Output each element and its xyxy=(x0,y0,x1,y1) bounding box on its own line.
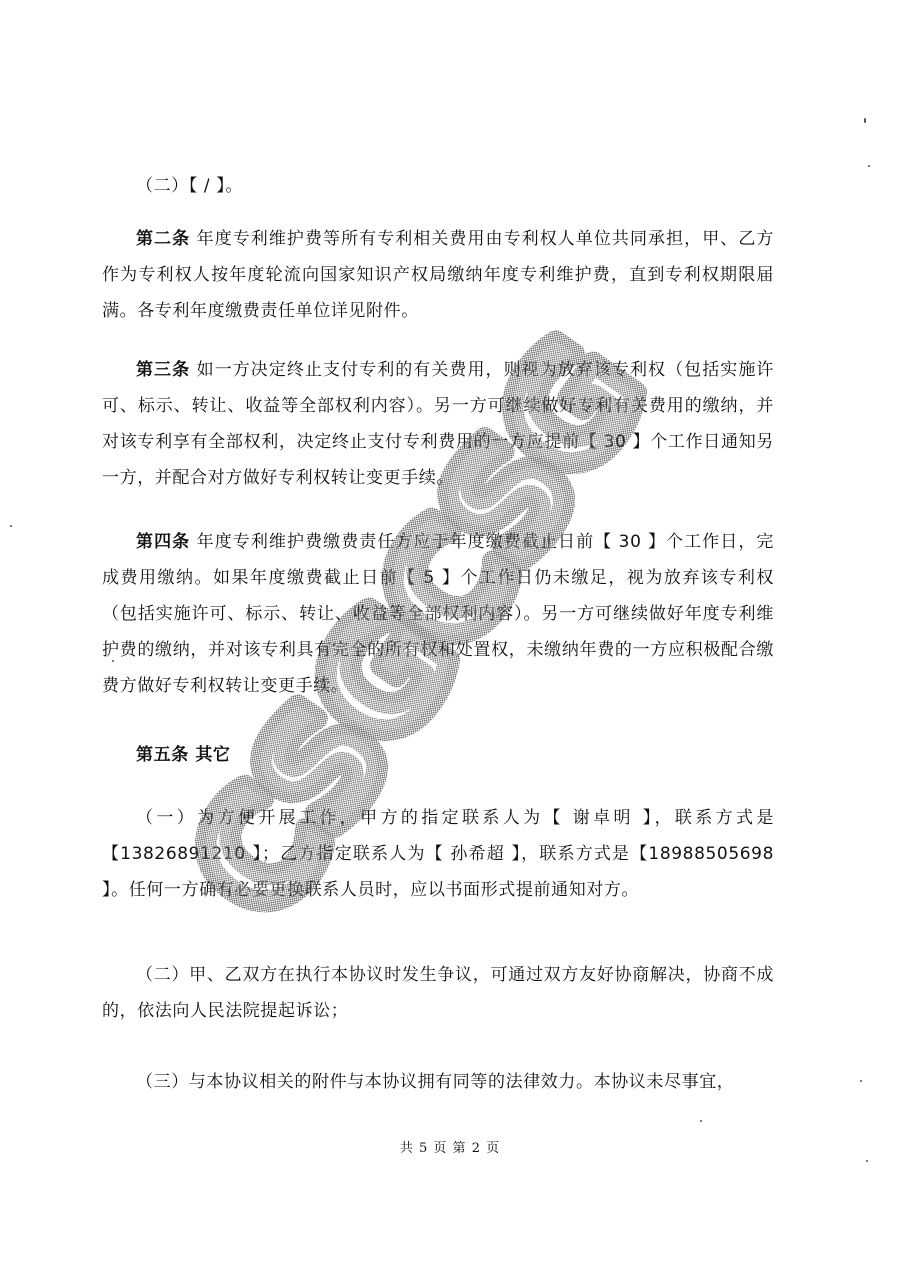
paragraph-text: （一）为方便开展工作，甲方的指定联系人为【 谢卓明 】，联系方式是【138268… xyxy=(102,808,774,900)
scan-speck xyxy=(700,1120,702,1122)
article-heading: 第二条 xyxy=(136,229,190,249)
scan-speck xyxy=(866,1160,868,1162)
article-3: 第三条 如一方决定终止支付专利的有关费用，则视为放弃该专利权（包括实施许可、标示… xyxy=(102,352,774,496)
article-5-item-3: （三）与本协议相关的附件与本协议拥有同等的法律效力。本协议未尽事宜， xyxy=(102,1064,774,1100)
article-5-item-2: （二）甲、乙双方在执行本协议时发生争议，可通过双方友好协商解决，协商不成的，依法… xyxy=(102,957,774,1029)
article-heading: 第三条 xyxy=(136,360,190,380)
paragraph-text: 年度专利维护费等所有专利相关费用由专利权人单位共同承担，甲、乙方作为专利权人按年… xyxy=(102,229,774,321)
article-4: 第四条 年度专利维护费缴费责任方应于年度缴费截止日前【 30 】个工作日，完成费… xyxy=(102,524,774,704)
article-heading: 第四条 xyxy=(136,532,190,552)
page-footer: 共 5 页 第 2 页 xyxy=(0,1137,900,1156)
scan-speck xyxy=(864,118,866,123)
item-2-blank: （二）【 / 】。 xyxy=(102,168,774,204)
paragraph-text: 如一方决定终止支付专利的有关费用，则视为放弃该专利权（包括实施许可、标示、转让、… xyxy=(102,360,774,488)
document-page: （二）【 / 】。 第二条 年度专利维护费等所有专利相关费用由专利权人单位共同承… xyxy=(0,0,900,1271)
scan-speck xyxy=(860,1080,862,1082)
scan-speck xyxy=(640,980,642,982)
article-heading: 第五条 其它 xyxy=(136,745,231,765)
paragraph-text: （二）【 / 】。 xyxy=(136,176,243,196)
article-2: 第二条 年度专利维护费等所有专利相关费用由专利权人单位共同承担，甲、乙方作为专利… xyxy=(102,221,774,329)
paragraph-text: （三）与本协议相关的附件与本协议拥有同等的法律效力。本协议未尽事宜， xyxy=(136,1072,734,1092)
article-5-item-1: （一）为方便开展工作，甲方的指定联系人为【 谢卓明 】，联系方式是【138268… xyxy=(102,800,774,908)
paragraph-text: （二）甲、乙双方在执行本协议时发生争议，可通过双方友好协商解决，协商不成的，依法… xyxy=(102,965,774,1021)
scan-speck xyxy=(112,660,114,662)
scan-speck xyxy=(10,525,12,527)
scan-speck xyxy=(868,165,870,167)
paragraph-text: 年度专利维护费缴费责任方应于年度缴费截止日前【 30 】个工作日，完成费用缴纳。… xyxy=(102,532,774,696)
article-5-heading: 第五条 其它 xyxy=(102,737,774,773)
